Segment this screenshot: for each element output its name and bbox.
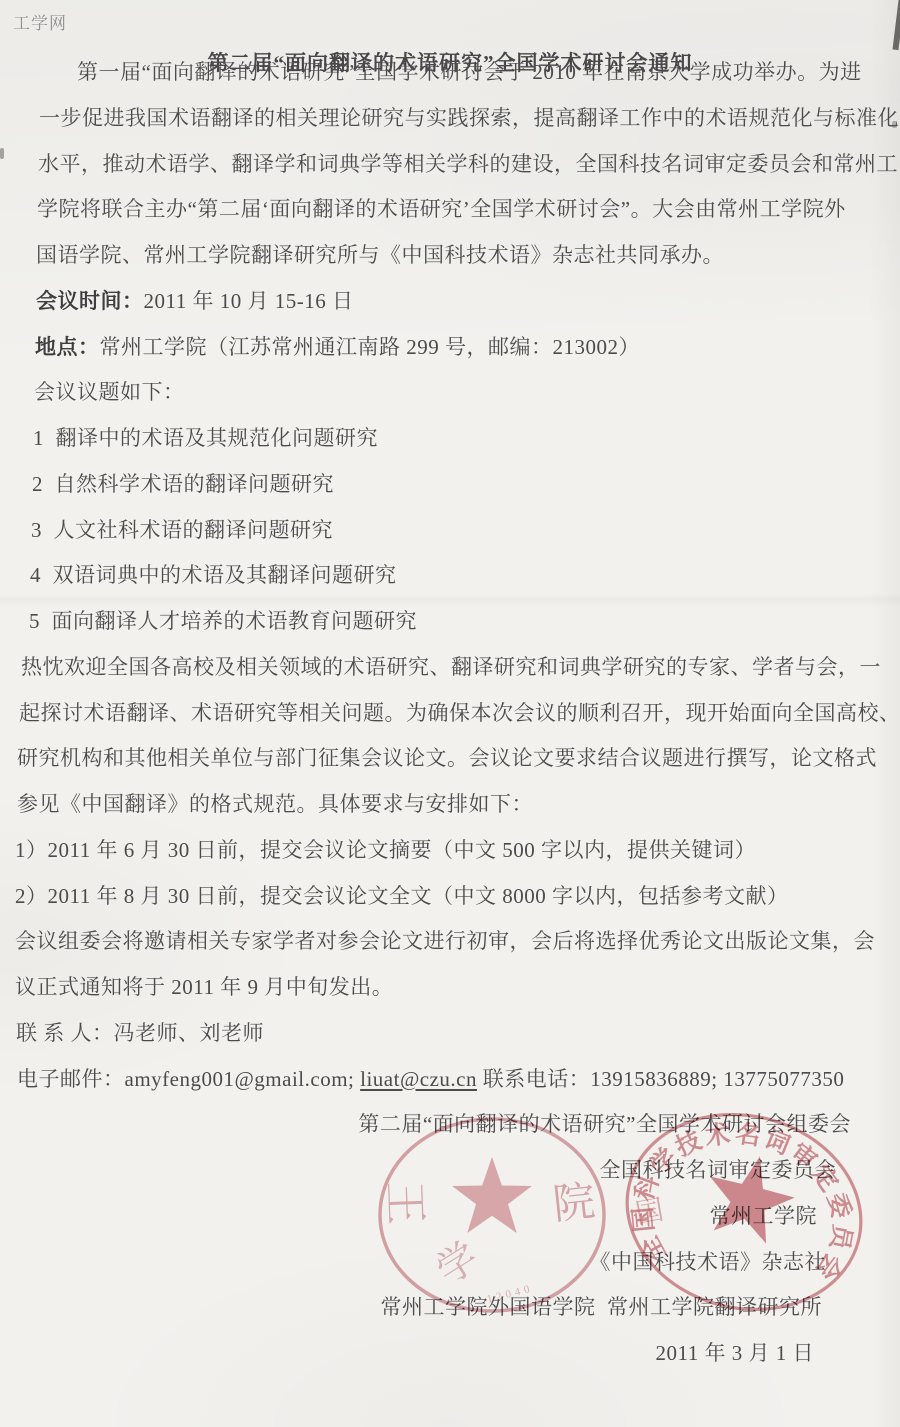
text-line-13: 5 面向翻译人才培养的术语教育问题研究 [29, 599, 900, 645]
text-line-4: 学院将联合主办“第二届‘面向翻译的术语研究’全国学术研讨会”。大会由常州工学院外 [37, 187, 900, 233]
text-run: 会议议题如下： [34, 380, 185, 404]
text-line-5: 国语学院、常州工学院翻译研究所与《中国科技术语》杂志社共同承办。 [36, 233, 900, 279]
text-run: 起探讨术语翻译、术语研究等相关问题。为确保本次会议的顺利召开，现开始面向全国高校… [19, 701, 900, 725]
text-run: liuat@czu.cn [360, 1067, 477, 1091]
text-run: 常州工学院 [710, 1204, 818, 1228]
text-line-15: 起探讨术语翻译、术语研究等相关问题。为确保本次会议的顺利召开，现开始面向全国高校… [19, 691, 900, 737]
text-run: 一步促进我国术语翻译的相关理论研究与实践探索，提高翻译工作中的术语规范化与标准化 [39, 106, 899, 130]
text-run: 第二届“面向翻译的术语研究”全国学术研讨会组委会 [358, 1112, 851, 1136]
text-run: 《中国科技术语》杂志社 [590, 1250, 827, 1274]
text-run: 国语学院、常州工学院翻译研究所与《中国科技术语》杂志社共同承办。 [36, 243, 724, 267]
text-line-22: 联 系 人：冯老师、刘老师 [16, 1011, 900, 1057]
text-line-14: 热忱欢迎全国各高校及相关领域的术语研究、翻译研究和词典学研究的专家、学者与会，一 [21, 645, 900, 691]
text-line-6: 会议时间：2011 年 10 月 15-16 日 [36, 279, 900, 325]
text-run: 常州工学院外国语学院 常州工学院翻译研究所 [381, 1295, 823, 1319]
text-line-27: 《中国科技术语》杂志社 [0, 1240, 826, 1286]
scan-edge-artifact [892, 0, 900, 50]
text-run: 常州工学院（江苏常州通江南路 299 号，邮编：213002） [100, 335, 641, 359]
text-line-17: 参见《中国翻译》的格式规范。具体要求与安排如下： [17, 782, 900, 828]
text-line-23: 电子邮件：amyfeng001@gmail.com; liuat@czu.cn … [17, 1057, 900, 1103]
text-run: 4 双语词典中的术语及其翻译问题研究 [30, 563, 397, 587]
text-run: 联 系 人：冯老师、刘老师 [16, 1021, 264, 1045]
text-run: 电子邮件：amyfeng001@gmail.com; [17, 1067, 360, 1091]
text-run: 全国科技名词审定委员会 [600, 1158, 837, 1182]
text-line-10: 2 自然科学术语的翻译问题研究 [32, 462, 900, 508]
text-line-25: 全国科技名词审定委员会 [0, 1148, 836, 1194]
text-line-28: 常州工学院外国语学院 常州工学院翻译研究所 [0, 1285, 822, 1331]
text-line-12: 4 双语词典中的术语及其翻译问题研究 [30, 553, 900, 599]
text-line-7: 地点：常州工学院（江苏常州通江南路 299 号，邮编：213002） [35, 325, 900, 371]
text-line-18: 1）2011 年 6 月 30 日前，提交会议论文摘要（中文 500 字以内，提… [15, 828, 900, 874]
text-run: 2 自然科学术语的翻译问题研究 [32, 472, 334, 496]
text-run: 地点： [35, 335, 100, 359]
text-line-1: 第一届“面向翻译的术语研究”全国学术研讨会于 2010 年在南京大学成功举办。为… [77, 50, 900, 96]
text-run: 2011 年 3 月 1 日 [656, 1341, 814, 1365]
text-line-16: 研究机构和其他相关单位与部门征集会议论文。会议论文要求结合议题进行撰写，论文格式 [17, 736, 900, 782]
text-run: 2）2011 年 8 月 30 日前，提交会议论文全文（中文 8000 字以内，… [15, 884, 788, 908]
text-line-11: 3 人文社科术语的翻译问题研究 [31, 508, 900, 554]
text-run: 联系电话：13915836889; 13775077350 [477, 1067, 844, 1091]
text-line-3: 水平，推动术语学、翻译学和词典学等相关学科的建设，全国科技名词审定委员会和常州工 [38, 142, 900, 188]
text-line-8: 会议议题如下： [34, 370, 900, 416]
scanned-notice-page: { "watermark": "工学网", "colors": { "paper… [0, 0, 900, 1427]
text-run: 学院将联合主办“第二届‘面向翻译的术语研究’全国学术研讨会”。大会由常州工学院外 [37, 197, 846, 221]
text-line-29: 2011 年 3 月 1 日 [0, 1331, 814, 1377]
text-lines: 第一届“面向翻译的术语研究”全国学术研讨会于 2010 年在南京大学成功举办。为… [0, 50, 900, 1377]
text-run: 1）2011 年 6 月 30 日前，提交会议论文摘要（中文 500 字以内，提… [15, 838, 756, 862]
text-run: 热忱欢迎全国各高校及相关领域的术语研究、翻译研究和词典学研究的专家、学者与会，一 [21, 655, 881, 679]
text-run: 水平，推动术语学、翻译学和词典学等相关学科的建设，全国科技名词审定委员会和常州工 [38, 152, 898, 176]
text-run: 议正式通知将于 2011 年 9 月中旬发出。 [15, 975, 393, 999]
text-run: 2011 年 10 月 15-16 日 [144, 289, 354, 313]
text-line-24: 第二届“面向翻译的术语研究”全国学术研讨会组委会 [0, 1102, 851, 1148]
text-line-9: 1 翻译中的术语及其规范化问题研究 [33, 416, 900, 462]
text-line-26: 常州工学院 [0, 1194, 817, 1240]
text-line-2: 一步促进我国术语翻译的相关理论研究与实践探索，提高翻译工作中的术语规范化与标准化 [39, 96, 900, 142]
text-run: 5 面向翻译人才培养的术语教育问题研究 [29, 609, 417, 633]
text-line-21: 议正式通知将于 2011 年 9 月中旬发出。 [15, 965, 900, 1011]
text-run: 参见《中国翻译》的格式规范。具体要求与安排如下： [17, 792, 533, 816]
text-run: 3 人文社科术语的翻译问题研究 [31, 518, 333, 542]
text-run: 研究机构和其他相关单位与部门征集会议论文。会议论文要求结合议题进行撰写，论文格式 [17, 746, 877, 770]
text-line-19: 2）2011 年 8 月 30 日前，提交会议论文全文（中文 8000 字以内，… [15, 874, 900, 920]
text-run: 会议组委会将邀请相关专家学者对参会论文进行初审，会后将选择优秀论文出版论文集，会 [15, 929, 875, 953]
text-run: 第一届“面向翻译的术语研究”全国学术研讨会于 2010 年在南京大学成功举办。为… [77, 60, 862, 84]
site-watermark: 工学网 [13, 9, 67, 34]
text-run: 1 翻译中的术语及其规范化问题研究 [33, 426, 378, 450]
text-line-20: 会议组委会将邀请相关专家学者对参会论文进行初审，会后将选择优秀论文出版论文集，会 [15, 919, 900, 965]
text-run: 会议时间： [36, 289, 144, 313]
